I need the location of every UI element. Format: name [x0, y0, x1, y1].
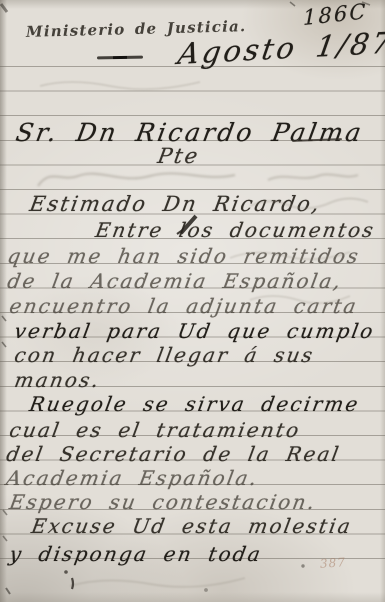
handwritten-line: Entre los documentos	[94, 220, 377, 240]
date-line: Agosto 1/87	[176, 28, 385, 69]
handwritten-line: Academia Española.	[5, 468, 260, 488]
addressee-place: Pte	[156, 146, 201, 167]
addressee-line: Sr. Dn Ricardo Palma	[14, 120, 366, 145]
handwritten-line: verbal para Ud que cumplo	[13, 321, 376, 341]
handwritten-line: que me han sido remitidos	[6, 246, 362, 266]
faint-folio-number: 387	[320, 555, 347, 571]
folio-number: 186C	[303, 1, 368, 29]
handwritten-line: y disponga en toda	[8, 544, 264, 564]
handwritten-line: del Secretario de la Real	[5, 444, 342, 464]
letterhead-rule	[97, 56, 143, 60]
handwritten-line: cual es el tratamiento	[8, 420, 302, 440]
handwritten-line: Espero su contestacion.	[8, 492, 318, 512]
salutation-line: Estimado Dn Ricardo,	[28, 194, 323, 215]
handwritten-line: de la Academia Española,	[6, 271, 344, 291]
handwritten-line: Ruegole se sirva decirme	[28, 394, 361, 414]
scanned-letter-page: Ministerio de Justicia. 186C Agosto 1/87…	[0, 0, 385, 602]
handwritten-line: Excuse Ud esta molestia	[30, 516, 354, 536]
handwritten-line: encuentro la adjunta carta	[8, 296, 360, 316]
handwritten-line: con hacer llegar á sus	[13, 345, 316, 365]
handwritten-line: manos.	[13, 370, 102, 390]
